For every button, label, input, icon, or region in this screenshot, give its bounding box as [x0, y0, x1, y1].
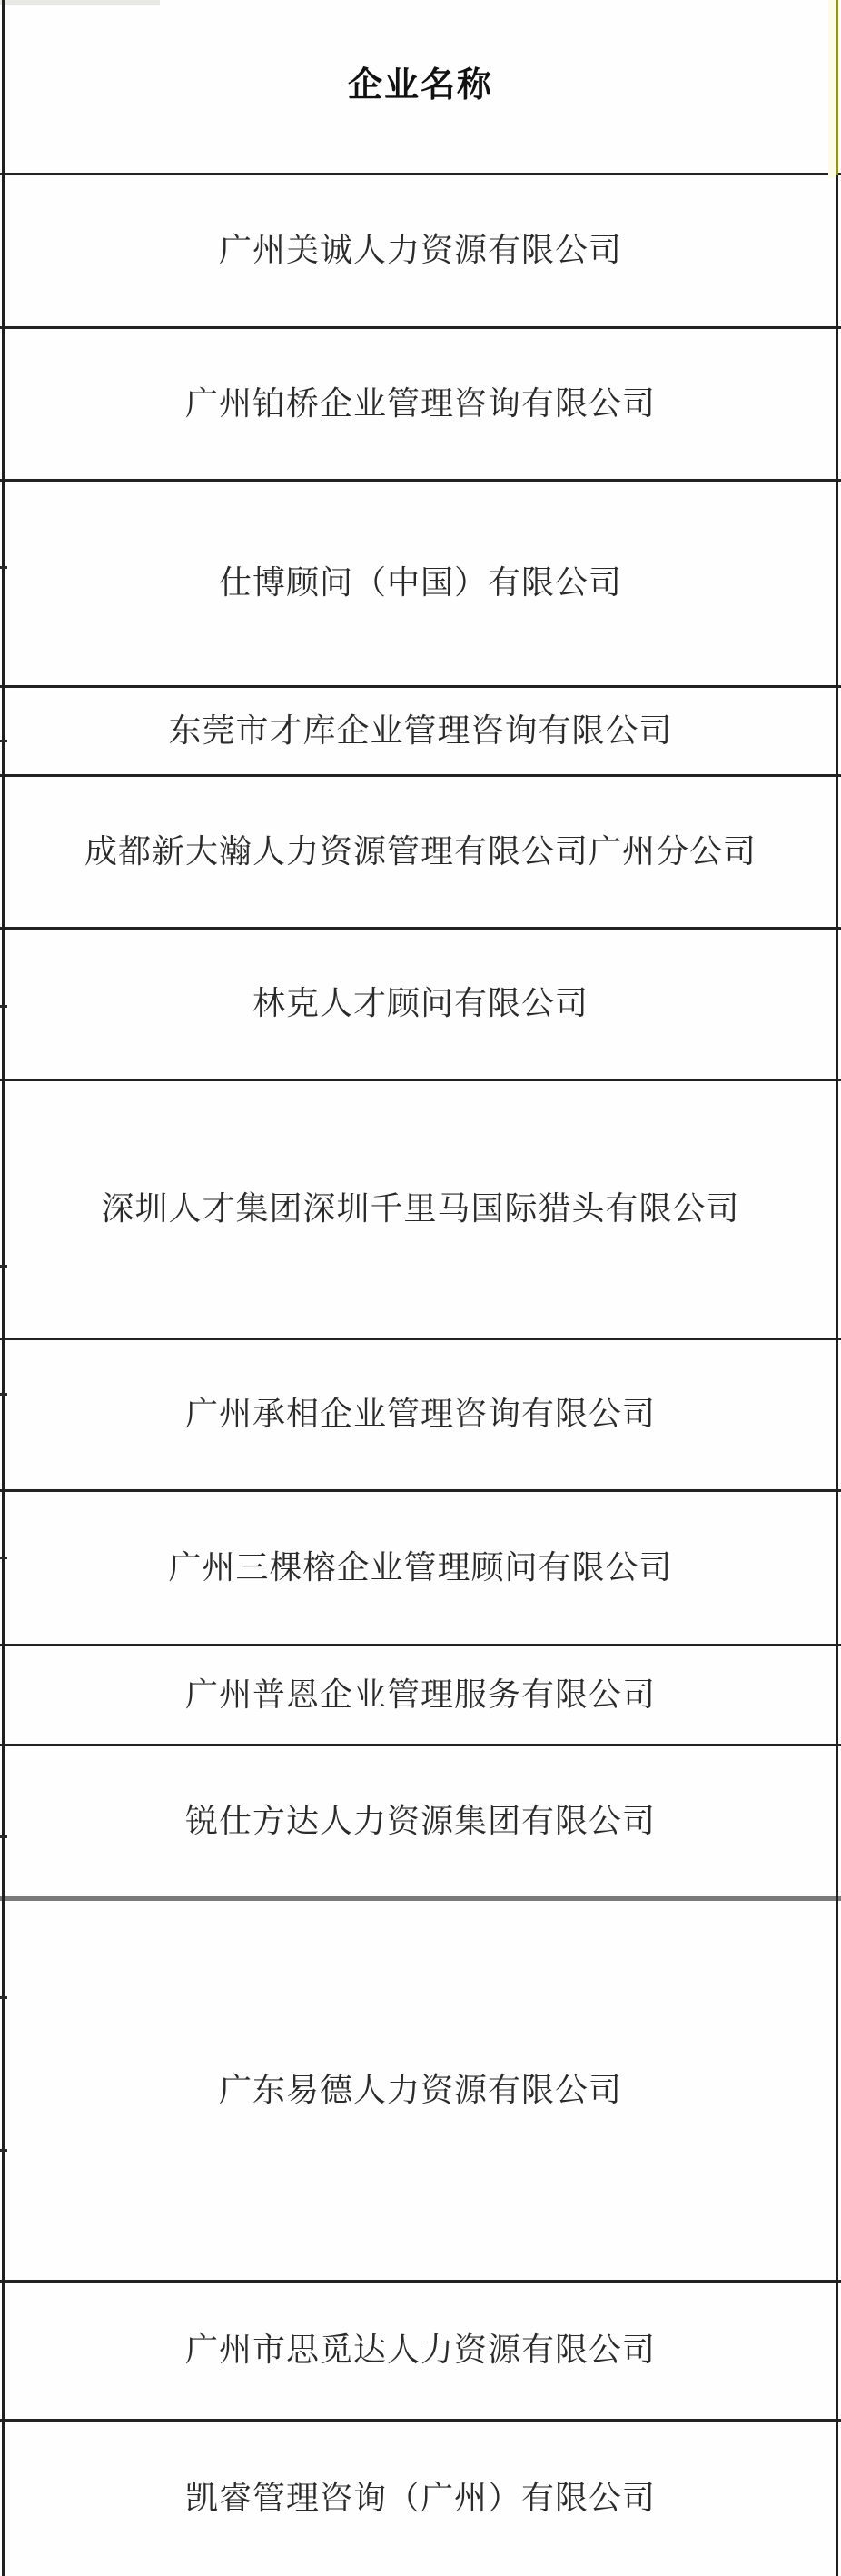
- left-edge-tick-artifact: [0, 740, 7, 742]
- table-left-border-line: [2, 0, 5, 2576]
- company-name-cell: 广州普恩企业管理服务有限公司: [176, 1676, 665, 1715]
- right-border-header-accent: [836, 0, 838, 175]
- company-name-cell: 林克人才顾问有限公司: [243, 984, 598, 1023]
- company-name-cell: 成都新大瀚人力资源管理有限公司广州分公司: [75, 832, 766, 871]
- table-row: 广州普恩企业管理服务有限公司: [0, 1646, 841, 1746]
- table-body: 企业名称 广州美诚人力资源有限公司 广州铂桥企业管理咨询有限公司 仕博顾问（中国…: [0, 0, 841, 2576]
- table-row: 广州承相企业管理咨询有限公司: [0, 1340, 841, 1492]
- table-row: 东莞市才库企业管理咨询有限公司: [0, 688, 841, 777]
- left-edge-tick-artifact: [0, 2149, 7, 2152]
- company-name-cell: 广州市思觅达人力资源有限公司: [176, 2331, 665, 2370]
- table-row: 广州三棵榕企业管理顾问有限公司: [0, 1492, 841, 1646]
- company-name-cell: 广州承相企业管理咨询有限公司: [176, 1395, 665, 1434]
- company-name-cell: 广州铂桥企业管理咨询有限公司: [176, 384, 665, 423]
- table-header-label: 企业名称: [339, 65, 502, 107]
- table-right-border-line: [836, 0, 838, 2576]
- company-name-cell: 广东易德人力资源有限公司: [210, 2071, 631, 2110]
- table-row: 仕博顾问（中国）有限公司: [0, 482, 841, 688]
- top-border-artifact: [0, 0, 160, 5]
- right-border-halo: [828, 0, 836, 178]
- left-edge-tick-artifact: [0, 1265, 7, 1268]
- company-name-cell: 广州三棵榕企业管理顾问有限公司: [159, 1548, 681, 1587]
- table-row: 广州铂桥企业管理咨询有限公司: [0, 329, 841, 482]
- table-row: 广东易德人力资源有限公司: [0, 1901, 841, 2283]
- table-row: 深圳人才集团深圳千里马国际猎头有限公司: [0, 1081, 841, 1340]
- left-edge-tick-artifact: [0, 1557, 7, 1559]
- table-row: 成都新大瀚人力资源管理有限公司广州分公司: [0, 777, 841, 930]
- left-edge-tick-artifact: [0, 1005, 7, 1008]
- table-row: 锐仕方达人力资源集团有限公司: [0, 1746, 841, 1901]
- left-edge-tick-artifact: [0, 566, 7, 569]
- table-row: 林克人才顾问有限公司: [0, 930, 841, 1081]
- company-table: 企业名称 广州美诚人力资源有限公司 广州铂桥企业管理咨询有限公司 仕博顾问（中国…: [0, 0, 841, 2576]
- company-name-cell: 锐仕方达人力资源集团有限公司: [176, 1802, 665, 1841]
- left-edge-tick-artifact: [0, 1835, 7, 1838]
- company-name-cell: 仕博顾问（中国）有限公司: [210, 563, 631, 602]
- table-row: 广州美诚人力资源有限公司: [0, 175, 841, 329]
- table-row: 凯睿管理咨询（广州）有限公司: [0, 2422, 841, 2576]
- table-header-row: 企业名称: [0, 0, 841, 175]
- left-edge-tick-artifact: [0, 1393, 7, 1396]
- company-name-cell: 深圳人才集团深圳千里马国际猎头有限公司: [92, 1189, 748, 1228]
- company-name-cell: 广州美诚人力资源有限公司: [210, 231, 631, 270]
- company-name-cell: 凯睿管理咨询（广州）有限公司: [176, 2479, 665, 2518]
- table-row: 广州市思觅达人力资源有限公司: [0, 2283, 841, 2422]
- left-edge-tick-artifact: [0, 1996, 7, 1999]
- company-name-cell: 东莞市才库企业管理咨询有限公司: [159, 711, 681, 751]
